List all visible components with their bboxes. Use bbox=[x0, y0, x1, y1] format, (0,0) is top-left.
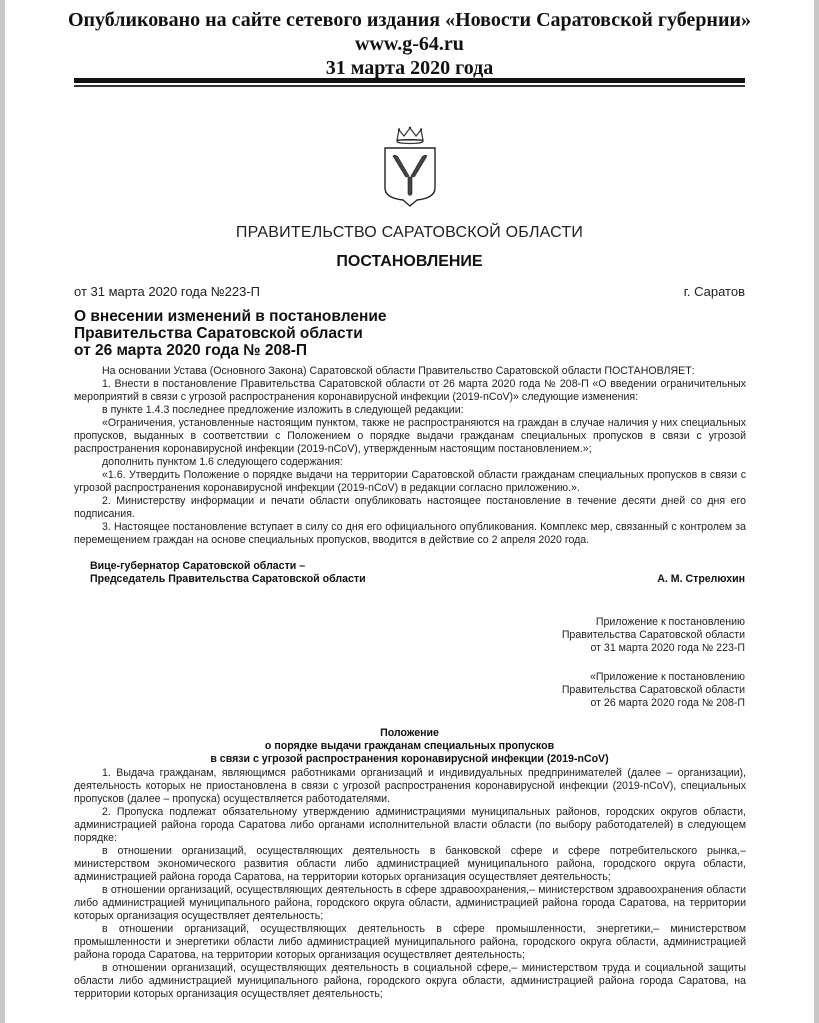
appendix-line: Приложение к постановлению bbox=[562, 616, 745, 629]
paragraph: 3. Настоящее постановление вступает в си… bbox=[74, 521, 746, 547]
paragraph: в отношении организаций, осуществляющих … bbox=[74, 884, 746, 923]
document-type: ПОСТАНОВЛЕНИЕ bbox=[0, 253, 819, 271]
signatory-name: А. М. Стрелюхин bbox=[657, 573, 745, 586]
paragraph: 2. Пропуска подлежат обязательному утвер… bbox=[74, 806, 746, 845]
subject-line: от 26 марта 2020 года № 208-П bbox=[74, 342, 387, 359]
document-date-number: от 31 марта 2020 года №223-П bbox=[74, 284, 260, 299]
paragraph: в отношении организаций, осуществляющих … bbox=[74, 923, 746, 962]
appendix-line: от 26 марта 2020 года № 208-П bbox=[562, 697, 745, 710]
paragraph: 1. Внести в постановление Правительства … bbox=[74, 378, 746, 404]
appendix-line: «Приложение к постановлению bbox=[562, 671, 745, 684]
appendix-reference-current: Приложение к постановлению Правительства… bbox=[562, 616, 745, 655]
publication-masthead: Опубликовано на сайте сетевого издания «… bbox=[0, 8, 819, 80]
page-edge-right bbox=[814, 0, 819, 1023]
paragraph: в пункте 1.4.3 последнее предложение изл… bbox=[74, 404, 746, 417]
page-edge-left bbox=[0, 0, 5, 1023]
paragraph: На основании Устава (Основного Закона) С… bbox=[74, 365, 746, 378]
signatory-position: Вице-губернатор Саратовской области – bbox=[90, 560, 366, 573]
appendix-line: от 31 марта 2020 года № 223-П bbox=[562, 642, 745, 655]
regulation-title-line: Положение bbox=[0, 727, 819, 740]
masthead-website: www.g-64.ru bbox=[0, 32, 819, 56]
masthead-date: 31 марта 2020 года bbox=[0, 56, 819, 80]
paragraph: дополнить пунктом 1.6 следующего содержа… bbox=[74, 456, 746, 469]
masthead-divider bbox=[74, 78, 745, 87]
paragraph: «Ограничения, установленные настоящим пу… bbox=[74, 417, 746, 456]
paragraph: 1. Выдача гражданам, являющимся работник… bbox=[74, 767, 746, 806]
resolution-body: На основании Устава (Основного Закона) С… bbox=[74, 365, 746, 547]
paragraph: «1.6. Утвердить Положение о порядке выда… bbox=[74, 469, 746, 495]
regulation-body: 1. Выдача гражданам, являющимся работник… bbox=[74, 767, 746, 1001]
signature-block: Вице-губернатор Саратовской области – Пр… bbox=[90, 560, 745, 586]
government-title: ПРАВИТЕЛЬСТВО САРАТОВСКОЙ ОБЛАСТИ bbox=[0, 224, 819, 242]
paragraph: 2. Министерству информации и печати обла… bbox=[74, 495, 746, 521]
subject-line: О внесении изменений в постановление bbox=[74, 308, 387, 325]
regulation-title-line: о порядке выдачи гражданам специальных п… bbox=[0, 740, 819, 753]
regulation-title: Положение о порядке выдачи гражданам спе… bbox=[0, 727, 819, 766]
paragraph: в отношении организаций, осуществляющих … bbox=[74, 845, 746, 884]
signatory-position: Председатель Правительства Саратовской о… bbox=[90, 573, 366, 586]
document-subject: О внесении изменений в постановление Пра… bbox=[74, 308, 387, 359]
masthead-publisher: Опубликовано на сайте сетевого издания «… bbox=[0, 8, 819, 32]
appendix-line: Правительства Саратовской области bbox=[562, 684, 745, 697]
subject-line: Правительства Саратовской области bbox=[74, 325, 387, 342]
appendix-line: Правительства Саратовской области bbox=[562, 629, 745, 642]
regulation-title-line: в связи с угрозой распространения корона… bbox=[0, 753, 819, 766]
paragraph: в отношении организаций, осуществляющих … bbox=[74, 962, 746, 1001]
saratov-coat-of-arms-icon bbox=[379, 126, 441, 208]
document-city: г. Саратов bbox=[684, 284, 745, 299]
appendix-reference-original: «Приложение к постановлению Правительств… bbox=[562, 671, 745, 710]
